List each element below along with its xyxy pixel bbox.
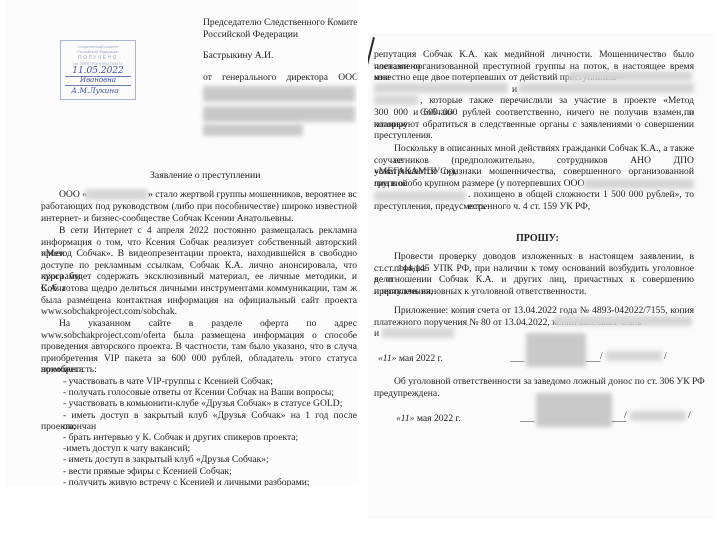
date-rest: мая 2022 г.: [417, 413, 461, 424]
from-word: от: [203, 72, 212, 84]
received-stamp: Следственный комитет Российской Федераци…: [60, 40, 136, 100]
text-line: планируют обратиться в следственные орга…: [374, 119, 694, 131]
date-day: «11»: [378, 353, 396, 364]
signature-underline: ___: [586, 353, 600, 365]
text-line: преступления.: [374, 130, 433, 142]
document-title: Заявление о преступлении: [150, 170, 260, 182]
text-line: проекта;: [41, 421, 76, 433]
stamp-line: Российской Федерации: [63, 50, 133, 54]
text-line: - участвовать в комьюнити-клубе «Друзья …: [63, 398, 342, 410]
text-line: www.sobchakproject.com/oferta была разме…: [41, 330, 357, 342]
date-day: «11»: [396, 413, 414, 424]
signature-slash: /: [624, 410, 627, 422]
date-rest: мая 2022 г.: [399, 353, 443, 364]
redacted-text: [382, 328, 454, 338]
redacted-name: [630, 411, 686, 421]
text-line: ООО «: [59, 189, 87, 201]
redacted-block: [203, 124, 303, 136]
text-line: Об уголовной ответственности за заведомо…: [394, 376, 705, 388]
text-line: - иметь доступ в закрытый клуб «Друзья С…: [63, 454, 269, 466]
text-line: -иметь доступ к чату вакансий;: [63, 443, 190, 455]
text-line: возможность:: [41, 364, 97, 376]
text-line: - получить живую встречу с Ксенией и лич…: [63, 477, 310, 486]
redacted-block: [203, 106, 355, 122]
request-heading: ПРОШУ:: [516, 233, 559, 245]
text-line: лиц в особо крупном размере (у потерпевш…: [374, 178, 592, 190]
signature-slash: /: [600, 351, 603, 363]
document-page-right: репутация Собчак К.А. как медийной лично…: [368, 33, 716, 519]
signature-underline: ___: [520, 413, 534, 425]
text-line: интернет- и бизнес-сообществе Собчак Ксе…: [41, 213, 294, 225]
text-line: - участвовать в чате VIP-группы с Ксение…: [63, 376, 273, 388]
from-word: ООО: [338, 72, 357, 84]
text-line: - брать интервью у К. Собчак и других сп…: [63, 432, 298, 444]
text-line: - получать голосовые ответы от Ксении Со…: [63, 387, 334, 399]
text-line: » стало жертвой группы мошенников, вероя…: [148, 189, 357, 201]
document-page-left: Следственный комитет Российской Федераци…: [5, 0, 357, 486]
signature-date: «11» мая 2022 г.: [396, 413, 461, 425]
signature-slash: /: [688, 410, 691, 422]
addressee-line2: Российской Федерации: [203, 29, 298, 41]
text-line: работающих под руководством (либо при по…: [41, 201, 357, 213]
redacted-text: [518, 83, 694, 93]
addressee-name: Бастрыкину А.И.: [203, 50, 273, 62]
from-line: от генерального директора ООО: [203, 72, 357, 84]
redacted-text: [568, 71, 692, 81]
stamp-date: 11.05.2022: [61, 66, 135, 76]
redacted-text: [374, 83, 508, 93]
text-line: предупреждена.: [374, 388, 440, 400]
stamp-line: ПОЛУЧЕНО: [63, 56, 133, 60]
signature-slash: /: [664, 351, 667, 363]
from-word: директора: [286, 72, 328, 84]
stamp-handwriting: Ивановна: [61, 76, 135, 84]
text-line: На указанном сайте в разделе оферта по а…: [59, 318, 357, 330]
redacted-signature: [526, 333, 586, 367]
text-line: К.А. готова щедро делиться личными инстр…: [41, 283, 357, 295]
redacted-block: [203, 86, 355, 102]
text-line: - вести прямые эфиры с Ксенией Собчак;: [63, 466, 232, 478]
redacted-text: [374, 95, 418, 105]
text-line: www.sobchakproject.com/sobchak.: [41, 306, 177, 318]
text-line: и: [512, 84, 517, 96]
signature-date: «11» мая 2022 г.: [378, 353, 443, 365]
from-word: генерального: [222, 72, 276, 84]
redacted-signature: [536, 393, 612, 427]
signature-underline: ___: [510, 353, 524, 365]
text-line: В сети Интернет с 4 апреля 2022 постоянн…: [59, 225, 357, 237]
addressee-line1: Председателю Следственного Комитет: [203, 17, 357, 29]
text-line: была размещена контактная информация на …: [41, 295, 357, 307]
redacted-name: [606, 351, 662, 361]
stamp-signature: А.М.Лукина: [55, 86, 135, 95]
text-line: проведения авторского проекта. В частнос…: [41, 341, 357, 353]
text-line: Приложение: копия счета от 13.04.2022 го…: [394, 305, 694, 317]
redacted-text: [584, 179, 694, 189]
text-line: «Метод Собчак». В видеопрезентации проек…: [41, 248, 357, 260]
text-line: и привлечь виновных к уголовной ответств…: [374, 286, 586, 298]
redacted-text: [374, 191, 466, 201]
text-line: преступления, предусмотренного ч. 4 ст. …: [374, 201, 590, 213]
redacted-company: [85, 189, 148, 200]
text-line: и: [374, 328, 379, 340]
text-line: - иметь доступ в закрытый клуб «Друзья С…: [63, 410, 357, 433]
stamp-line: Следственный комитет: [63, 45, 133, 49]
redacted-text: [554, 316, 692, 326]
